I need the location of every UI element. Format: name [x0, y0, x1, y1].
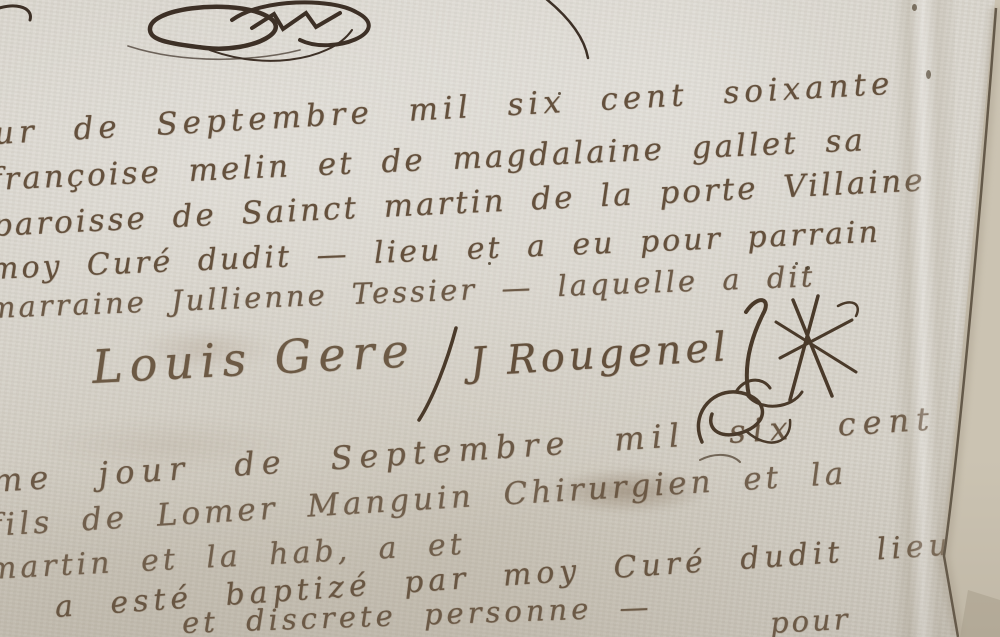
- slash-before-rougenel: [419, 328, 456, 420]
- page-fold-crease: [893, 0, 955, 637]
- signature-rougenel: J Rougenel: [469, 324, 732, 386]
- ink-speck: [558, 92, 561, 95]
- ink-speck: [795, 262, 798, 265]
- signature-louis-gere: Louis Gere: [91, 323, 417, 394]
- manuscript-page-photo: ur de Septembre mil six cent soixante fr…: [0, 0, 1000, 637]
- manuscript-word-fragment: pour: [769, 602, 851, 637]
- paraph-top-left: [0, 2, 369, 60]
- ink-speck: [806, 266, 810, 270]
- ink-speck: [488, 262, 491, 265]
- arc-top-center: [540, 0, 588, 58]
- paraph-after-rougenel: [746, 296, 858, 406]
